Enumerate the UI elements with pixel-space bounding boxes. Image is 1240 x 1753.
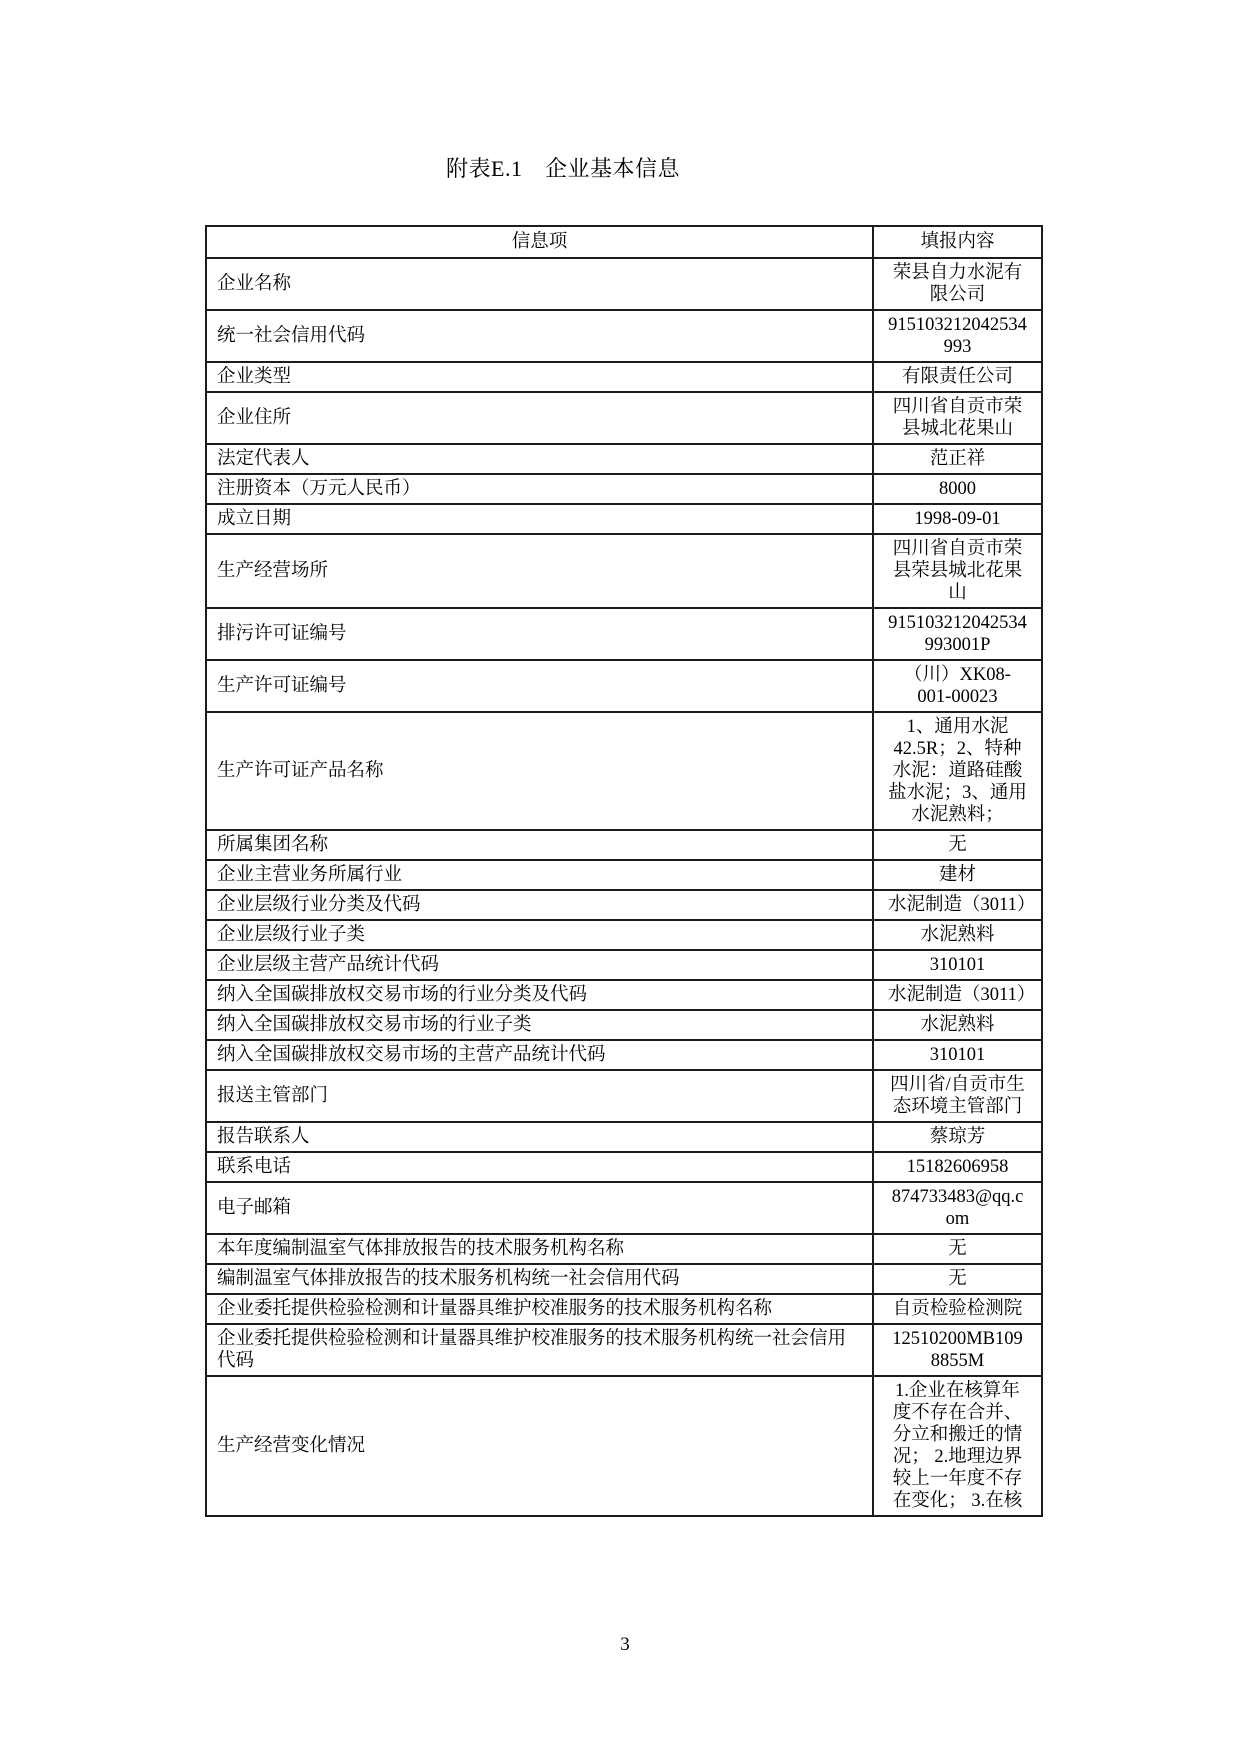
fill-content-value: 无 [873, 1234, 1042, 1264]
fill-content-value: 建材 [873, 860, 1042, 890]
table-row: 纳入全国碳排放权交易市场的行业分类及代码水泥制造（3011） [206, 980, 1042, 1010]
info-item-label: 成立日期 [206, 504, 873, 534]
fill-content-value: 荣县自力水泥有限公司 [873, 258, 1042, 310]
table-row: 企业委托提供检验检测和计量器具维护校准服务的技术服务机构统一社会信用代码1251… [206, 1324, 1042, 1376]
fill-content-value: 自贡检验检测院 [873, 1294, 1042, 1324]
fill-content-value: 水泥熟料 [873, 1010, 1042, 1040]
info-item-label: 企业名称 [206, 258, 873, 310]
table-row: 企业主营业务所属行业建材 [206, 860, 1042, 890]
table-row: 生产许可证编号（川）XK08-001-00023 [206, 660, 1042, 712]
info-item-label: 纳入全国碳排放权交易市场的行业分类及代码 [206, 980, 873, 1010]
table-row: 纳入全国碳排放权交易市场的行业子类水泥熟料 [206, 1010, 1042, 1040]
table-row: 企业住所四川省自贡市荣县城北花果山 [206, 392, 1042, 444]
info-item-label: 纳入全国碳排放权交易市场的主营产品统计代码 [206, 1040, 873, 1070]
column-header-fill-content: 填报内容 [873, 226, 1042, 258]
fill-content-value: 1.企业在核算年度不存在合并、分立和搬迁的情况； 2.地理边界较上一年度不存在变… [873, 1376, 1042, 1516]
table-row: 电子邮箱874733483@qq.com [206, 1182, 1042, 1234]
fill-content-value: （川）XK08-001-00023 [873, 660, 1042, 712]
info-item-label: 企业层级主营产品统计代码 [206, 950, 873, 980]
info-item-label: 企业层级行业分类及代码 [206, 890, 873, 920]
fill-content-value: 1、通用水泥 42.5R；2、特种水泥：道路硅酸盐水泥；3、通用水泥熟料； [873, 712, 1042, 830]
fill-content-value: 915103212042534993001P [873, 608, 1042, 660]
info-item-label: 注册资本（万元人民币） [206, 474, 873, 504]
fill-content-value: 有限责任公司 [873, 362, 1042, 392]
info-item-label: 联系电话 [206, 1152, 873, 1182]
column-header-info-item: 信息项 [206, 226, 873, 258]
fill-content-value: 15182606958 [873, 1152, 1042, 1182]
table-row: 生产许可证产品名称1、通用水泥 42.5R；2、特种水泥：道路硅酸盐水泥；3、通… [206, 712, 1042, 830]
table-row: 联系电话15182606958 [206, 1152, 1042, 1182]
page-number: 3 [0, 1634, 1240, 1656]
table-row: 排污许可证编号915103212042534993001P [206, 608, 1042, 660]
fill-content-value: 874733483@qq.com [873, 1182, 1042, 1234]
info-item-label: 纳入全国碳排放权交易市场的行业子类 [206, 1010, 873, 1040]
info-item-label: 电子邮箱 [206, 1182, 873, 1234]
info-item-label: 生产许可证编号 [206, 660, 873, 712]
fill-content-value: 8000 [873, 474, 1042, 504]
info-item-label: 生产许可证产品名称 [206, 712, 873, 830]
fill-content-value: 无 [873, 1264, 1042, 1294]
info-item-label: 企业住所 [206, 392, 873, 444]
fill-content-value: 水泥熟料 [873, 920, 1042, 950]
info-item-label: 所属集团名称 [206, 830, 873, 860]
table-row: 生产经营场所四川省自贡市荣县荣县城北花果山 [206, 534, 1042, 608]
table-row: 纳入全国碳排放权交易市场的主营产品统计代码310101 [206, 1040, 1042, 1070]
table-row: 企业委托提供检验检测和计量器具维护校准服务的技术服务机构名称自贡检验检测院 [206, 1294, 1042, 1324]
info-item-label: 生产经营场所 [206, 534, 873, 608]
info-item-label: 企业主营业务所属行业 [206, 860, 873, 890]
table-row: 注册资本（万元人民币）8000 [206, 474, 1042, 504]
fill-content-value: 无 [873, 830, 1042, 860]
fill-content-value: 蔡琼芳 [873, 1122, 1042, 1152]
table-row: 企业层级主营产品统计代码310101 [206, 950, 1042, 980]
table-row: 本年度编制温室气体排放报告的技术服务机构名称无 [206, 1234, 1042, 1264]
table-row: 报告联系人蔡琼芳 [206, 1122, 1042, 1152]
info-item-label: 企业委托提供检验检测和计量器具维护校准服务的技术服务机构统一社会信用代码 [206, 1324, 873, 1376]
fill-content-value: 310101 [873, 950, 1042, 980]
table-row: 统一社会信用代码915103212042534993 [206, 310, 1042, 362]
info-item-label: 生产经营变化情况 [206, 1376, 873, 1516]
table-row: 生产经营变化情况1.企业在核算年度不存在合并、分立和搬迁的情况； 2.地理边界较… [206, 1376, 1042, 1516]
fill-content-value: 水泥制造（3011） [873, 980, 1042, 1010]
table-row: 所属集团名称无 [206, 830, 1042, 860]
table-row: 企业名称荣县自力水泥有限公司 [206, 258, 1042, 310]
info-item-label: 报送主管部门 [206, 1070, 873, 1122]
fill-content-value: 12510200MB1098855M [873, 1324, 1042, 1376]
info-item-label: 统一社会信用代码 [206, 310, 873, 362]
table-row: 企业层级行业子类水泥熟料 [206, 920, 1042, 950]
table-row: 编制温室气体排放报告的技术服务机构统一社会信用代码无 [206, 1264, 1042, 1294]
info-item-label: 本年度编制温室气体排放报告的技术服务机构名称 [206, 1234, 873, 1264]
table-row: 法定代表人范正祥 [206, 444, 1042, 474]
fill-content-value: 915103212042534993 [873, 310, 1042, 362]
info-item-label: 排污许可证编号 [206, 608, 873, 660]
table-header-row: 信息项 填报内容 [206, 226, 1042, 258]
table-row: 企业类型有限责任公司 [206, 362, 1042, 392]
fill-content-value: 四川省自贡市荣县城北花果山 [873, 392, 1042, 444]
fill-content-value: 四川省自贡市荣县荣县城北花果山 [873, 534, 1042, 608]
table-row: 报送主管部门四川省/自贡市生态环境主管部门 [206, 1070, 1042, 1122]
info-item-label: 企业类型 [206, 362, 873, 392]
table-row: 成立日期1998-09-01 [206, 504, 1042, 534]
info-item-label: 法定代表人 [206, 444, 873, 474]
info-item-label: 企业委托提供检验检测和计量器具维护校准服务的技术服务机构名称 [206, 1294, 873, 1324]
fill-content-value: 310101 [873, 1040, 1042, 1070]
enterprise-info-table: 信息项 填报内容 企业名称荣县自力水泥有限公司统一社会信用代码915103212… [205, 225, 1043, 1517]
fill-content-value: 水泥制造（3011） [873, 890, 1042, 920]
info-item-label: 企业层级行业子类 [206, 920, 873, 950]
info-item-label: 报告联系人 [206, 1122, 873, 1152]
fill-content-value: 1998-09-01 [873, 504, 1042, 534]
fill-content-value: 范正祥 [873, 444, 1042, 474]
table-caption: 附表E.1 企业基本信息 [0, 152, 1126, 183]
fill-content-value: 四川省/自贡市生态环境主管部门 [873, 1070, 1042, 1122]
table-row: 企业层级行业分类及代码水泥制造（3011） [206, 890, 1042, 920]
info-item-label: 编制温室气体排放报告的技术服务机构统一社会信用代码 [206, 1264, 873, 1294]
